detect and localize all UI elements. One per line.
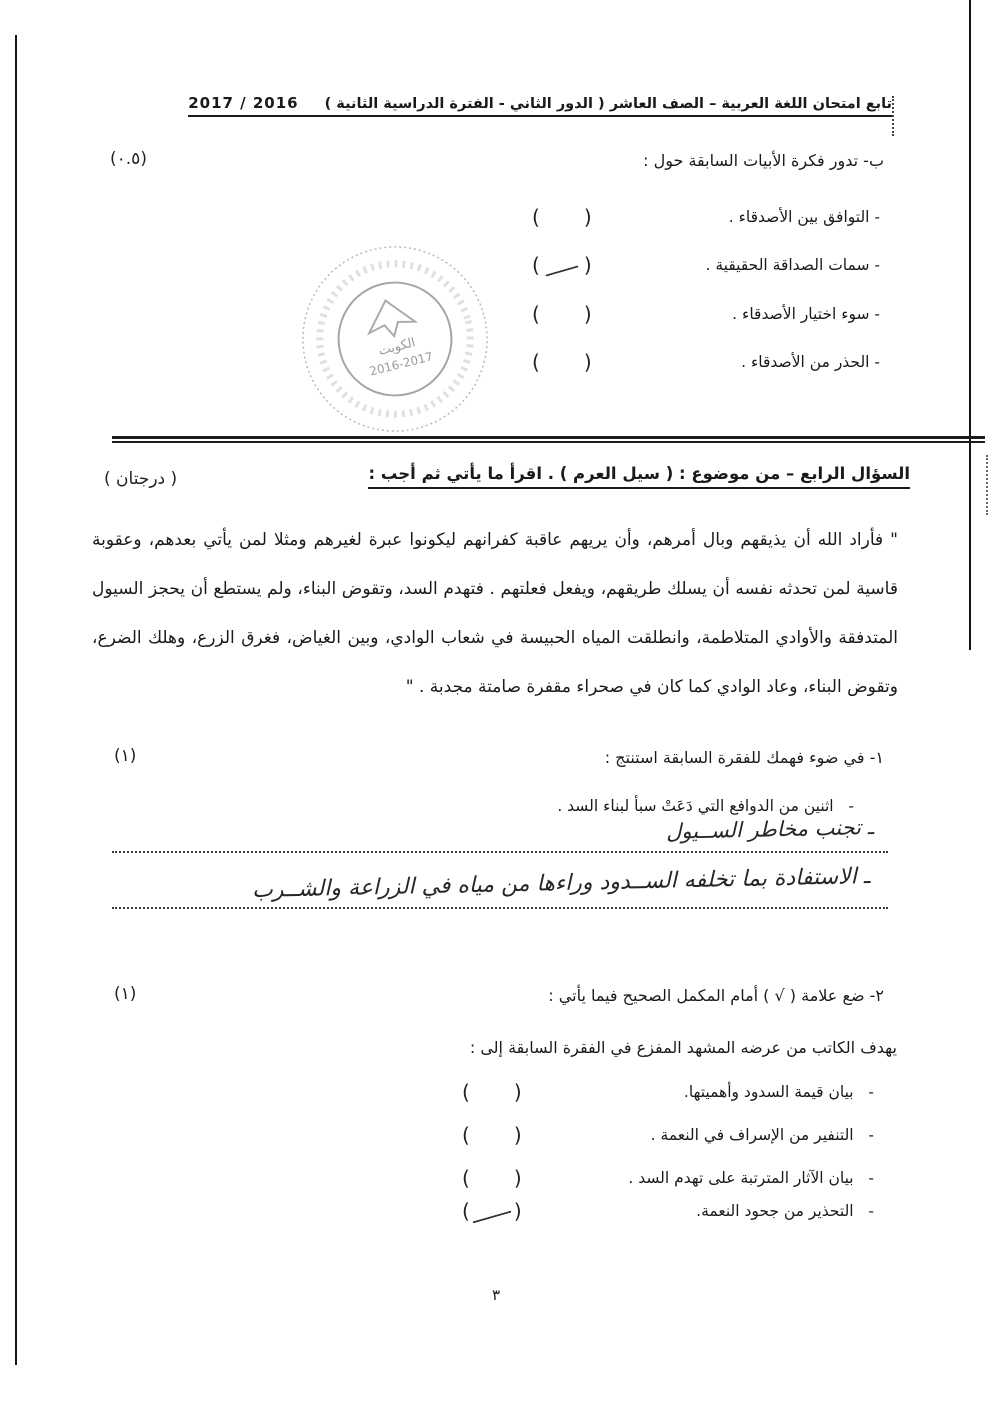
option-label: - سوء اختيار الأصدقاء . <box>732 305 880 323</box>
exam-scanned-page: تابع امتحان اللغة العربية – الصف العاشر … <box>0 0 992 1403</box>
q2-score: (١) <box>114 984 136 1004</box>
q2-option: - التحذير من جحود النعمة. () <box>462 1199 874 1223</box>
option-label: - التوافق بين الأصدقاء . <box>729 208 880 226</box>
answer-parentheses[interactable]: () <box>532 253 592 277</box>
option-label: - بيان قيمة السدود وأهميتها. <box>684 1083 874 1101</box>
answer-parentheses[interactable]: () <box>462 1123 522 1147</box>
section-divider <box>112 436 985 443</box>
reading-passage: " فأراد الله أن يذيقهم وبال أمرهم، وأن ي… <box>92 516 898 712</box>
answer-parentheses[interactable]: () <box>462 1166 522 1190</box>
answer-parentheses[interactable]: () <box>532 205 592 229</box>
scan-dotted-mark <box>892 96 894 136</box>
q2-option: - بيان قيمة السدود وأهميتها. () <box>462 1080 874 1104</box>
answer-parentheses[interactable]: () <box>462 1199 522 1223</box>
handwritten-answer: ـ الاستفادة بما تخلفه الســدود وراءها من… <box>252 864 871 903</box>
question-b-option: - التوافق بين الأصدقاء . () <box>532 205 880 229</box>
answer-parentheses[interactable]: () <box>532 302 592 326</box>
question-b-score: (٠.٥) <box>110 149 147 169</box>
falcon-emblem-icon <box>362 295 417 342</box>
exam-header-year: 2017 / 2016 <box>188 94 298 112</box>
question-b-title: ب- تدور فكرة الأبيات السابقة حول : <box>643 151 884 170</box>
question-b-option: - الحذر من الأصدقاء . () <box>532 350 880 374</box>
option-label: - التحذير من جحود النعمة. <box>696 1202 874 1220</box>
exam-header-title: تابع امتحان اللغة العربية – الصف العاشر … <box>325 96 892 112</box>
q1-prompt: - اثنين من الدوافع التي دَعَتْ سبأ لبناء… <box>557 797 854 815</box>
scan-dotted-mark <box>986 455 988 515</box>
check-mark <box>472 1211 511 1224</box>
option-label: - التنفير من الإسراف في النعمة . <box>651 1126 874 1144</box>
q2-title: ٢- ضع علامة ( √ ) أمام المكمل الصحيح فيم… <box>548 986 884 1005</box>
question-four-score: ( درجتان ) <box>104 469 177 489</box>
question-four-title: السؤال الرابع – من موضوع : ( سيل العرم )… <box>368 464 910 489</box>
question-b-option: - سوء اختيار الأصدقاء . () <box>532 302 880 326</box>
right-scan-border <box>969 0 971 650</box>
q2-option: - بيان الآثار المترتبة على تهدم السد . (… <box>462 1166 874 1190</box>
q2-option: - التنفير من الإسراف في النعمة . () <box>462 1123 874 1147</box>
page-number: ٣ <box>0 1286 992 1304</box>
q1-title: ١- في ضوء فهمك للفقرة السابقة استنتج : <box>605 748 884 767</box>
check-mark <box>545 265 578 276</box>
question-b-option: - سمات الصداقة الحقيقية . () <box>532 253 880 277</box>
handwritten-answer: ـ تجنب مخاطر الســيول <box>666 815 874 844</box>
left-scan-border <box>15 35 17 1365</box>
answer-dotted-line[interactable] <box>112 907 888 909</box>
school-stamp: الكويت 2016-2017 <box>275 219 515 459</box>
option-label: - الحذر من الأصدقاء . <box>741 353 880 371</box>
answer-dotted-line[interactable] <box>112 851 888 853</box>
exam-header: تابع امتحان اللغة العربية – الصف العاشر … <box>188 94 892 117</box>
option-label: - سمات الصداقة الحقيقية . <box>705 256 880 274</box>
option-label: - بيان الآثار المترتبة على تهدم السد . <box>628 1169 874 1187</box>
q2-intro: يهدف الكاتب من عرضه المشهد المفزع في الف… <box>470 1038 897 1057</box>
answer-parentheses[interactable]: () <box>462 1080 522 1104</box>
q1-score: (١) <box>114 746 136 766</box>
answer-parentheses[interactable]: () <box>532 350 592 374</box>
